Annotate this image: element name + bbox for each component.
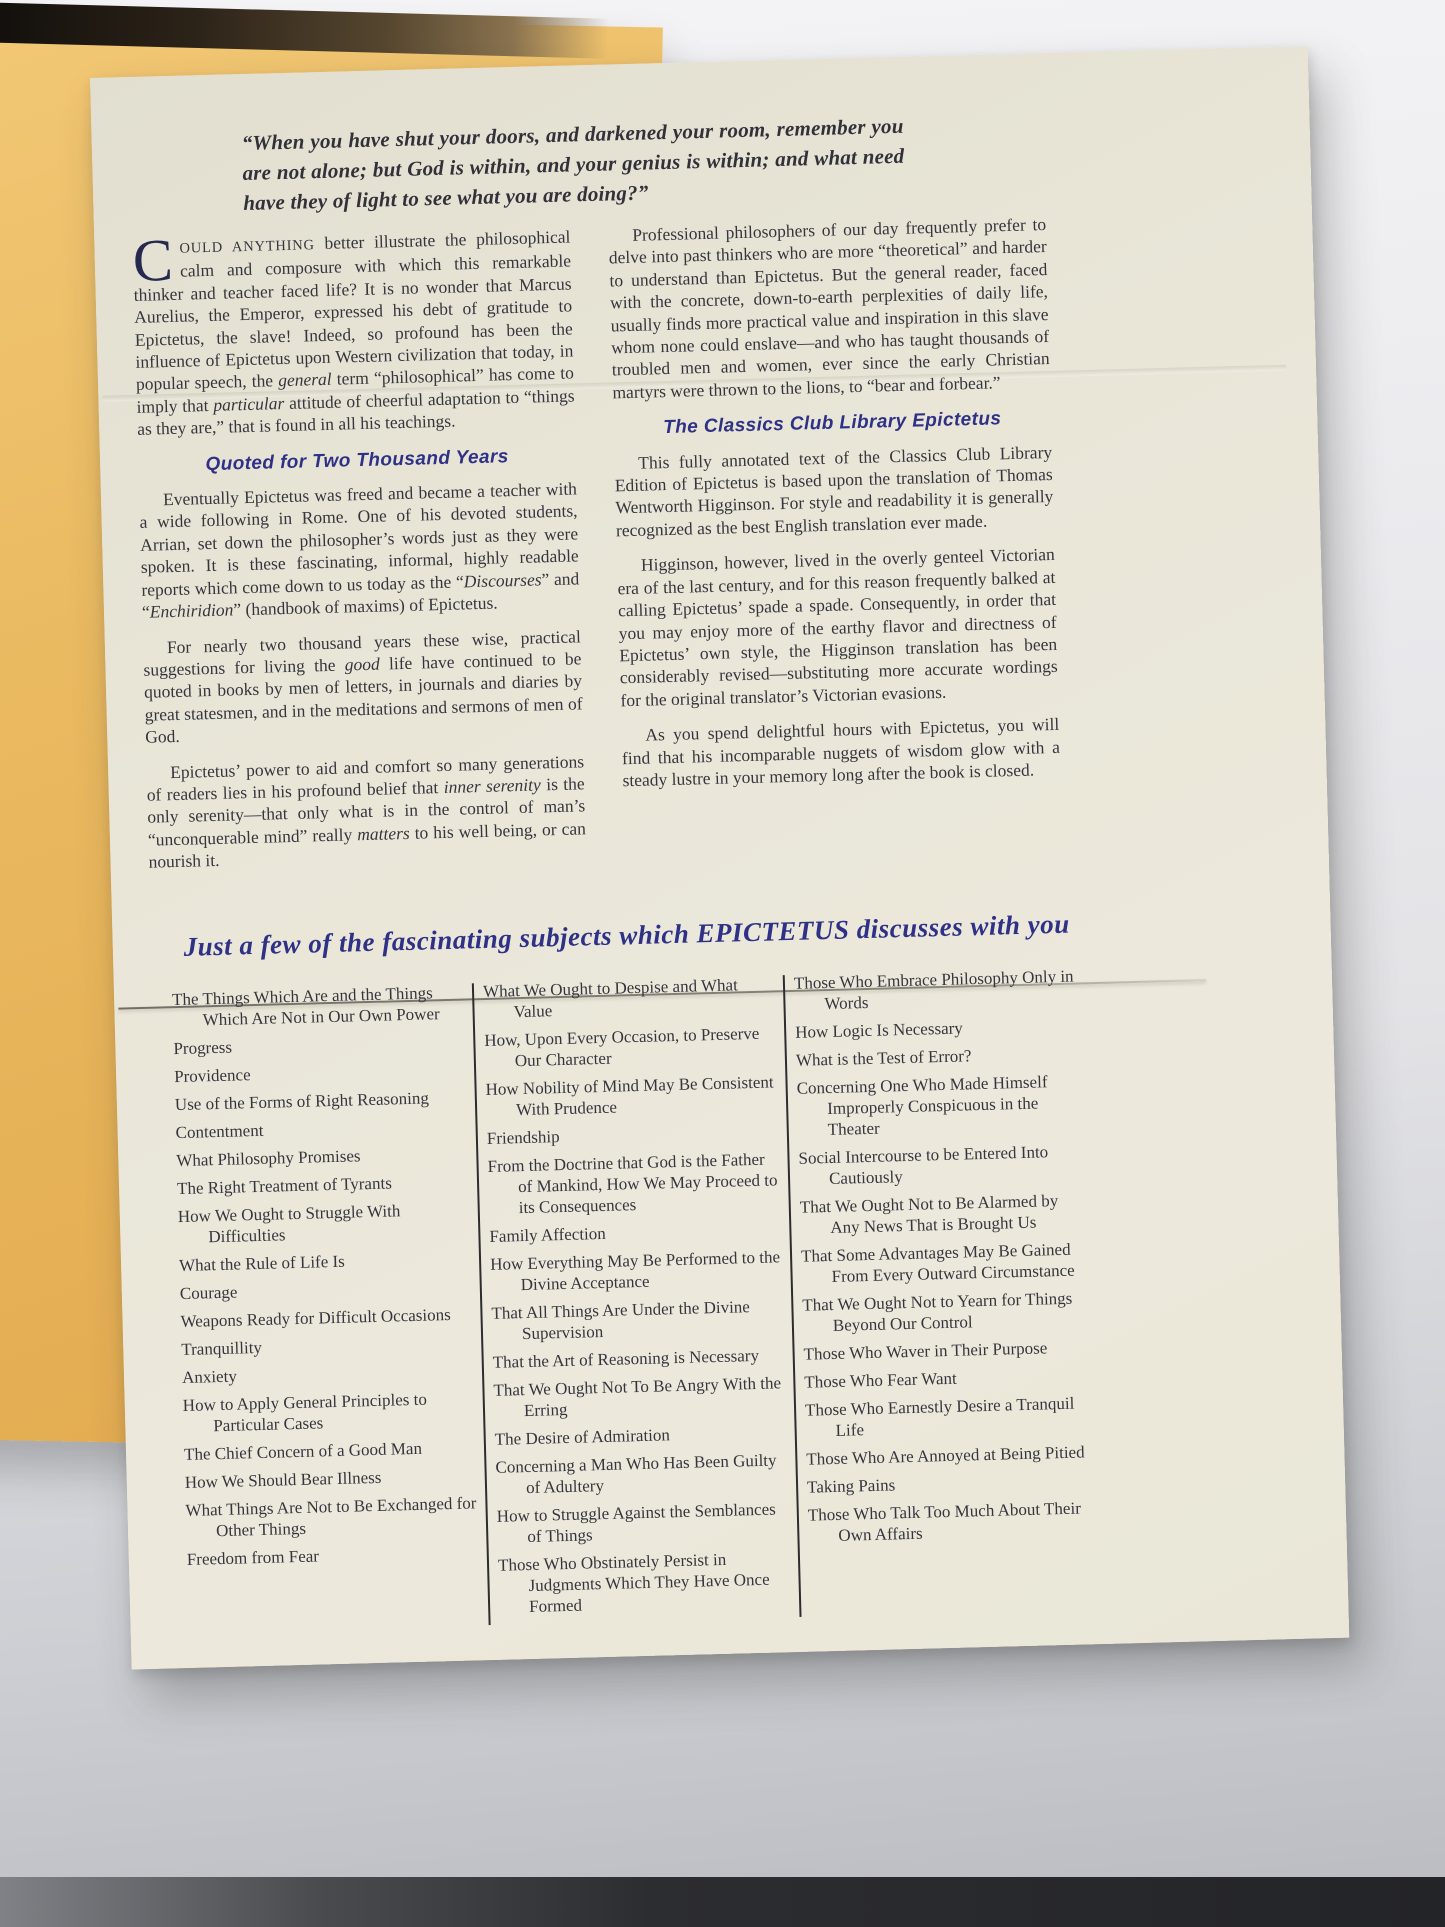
two-column-text: COULD ANYTHING better illustrate the phi…	[132, 212, 1101, 886]
intro-paragraph: COULD ANYTHING better illustrate the phi…	[132, 225, 575, 440]
subject-item: How Logic Is Necessary	[795, 1014, 1086, 1043]
subject-item: How to Apply General Principles to Parti…	[182, 1387, 474, 1437]
subject-item: Those Who Are Annoyed at Being Pitied	[806, 1441, 1097, 1470]
lead-smallcaps: OULD ANYTHING	[179, 237, 315, 257]
subject-item: How, Upon Every Occasion, to Preserve Ou…	[484, 1022, 776, 1072]
paragraph: This fully annotated text of the Classic…	[614, 441, 1054, 542]
subject-item: What is the Test of Error?	[796, 1042, 1087, 1071]
subject-item: Providence	[174, 1058, 465, 1087]
subjects-column-3: Those Who Embrace Philosophy Only in Wor…	[794, 965, 1102, 1616]
subject-item: Weapons Ready for Difficult Occasions	[180, 1303, 471, 1332]
paragraph: Eventually Epictetus was freed and becam…	[139, 477, 580, 623]
section-heading-classics-club: The Classics Club Library Epictetus	[613, 407, 1051, 441]
subject-item: What We Ought to Despise and What Value	[483, 973, 775, 1023]
subject-item: What Philosophy Promises	[176, 1142, 467, 1171]
subject-item: Taking Pains	[807, 1469, 1098, 1498]
subjects-heading: Just a few of the fascinating subjects w…	[150, 907, 1102, 963]
paragraph: For nearly two thousand years these wise…	[143, 625, 584, 748]
subject-item: Anxiety	[182, 1359, 473, 1388]
subject-item: How We Ought to Struggle With Difficulti…	[178, 1198, 470, 1248]
italic-text: Discourses	[463, 569, 541, 591]
subject-item: That We Ought Not to Yearn for Things Be…	[802, 1287, 1094, 1337]
italic-text: particular	[213, 393, 284, 415]
subject-item: Tranquillity	[181, 1331, 472, 1360]
subject-item: That We Ought Not to Be Alarmed by Any N…	[800, 1189, 1092, 1239]
subjects-column-2: What We Ought to Despise and What ValueH…	[483, 973, 791, 1624]
subject-item: Those Who Waver in Their Purpose	[803, 1336, 1094, 1365]
subject-item: That the Art of Reasoning is Necessary	[492, 1344, 783, 1373]
italic-text: matters	[357, 823, 410, 844]
subject-item: That We Ought Not To Be Angry With the E…	[493, 1372, 785, 1422]
jacket-paper: “When you have shut your doors, and dark…	[90, 46, 1349, 1669]
subject-item: Concerning One Who Made Himself Improper…	[796, 1070, 1089, 1141]
subject-item: Friendship	[487, 1120, 778, 1149]
italic-text: inner serenity	[443, 774, 541, 797]
section-heading-quoted: Quoted for Two Thousand Years	[138, 444, 576, 478]
subject-item: How to Struggle Against the Semblances o…	[497, 1498, 789, 1548]
subjects-column-1: The Things Which Are and the Things Whic…	[172, 981, 480, 1632]
subject-item: The Desire of Admiration	[494, 1421, 785, 1450]
subject-item: That Some Advantages May Be Gained From …	[801, 1238, 1093, 1288]
subject-item: Family Affection	[489, 1218, 780, 1247]
subject-item: The Chief Concern of a Good Man	[184, 1436, 475, 1465]
text: Professional philosophers of our day fre…	[609, 214, 1050, 402]
subject-item: That All Things Are Under the Divine Sup…	[491, 1295, 783, 1345]
paragraph: Professional philosophers of our day fre…	[608, 213, 1051, 404]
right-column: Professional philosophers of our day fre…	[608, 213, 1063, 874]
subject-item: Concerning a Man Who Has Been Guilty of …	[495, 1449, 787, 1499]
paragraph: Epictetus’ power to aid and comfort so m…	[146, 750, 587, 873]
subject-item: Use of the Forms of Right Reasoning	[175, 1086, 466, 1115]
subject-item: Those Who Earnestly Desire a Tranquil Li…	[805, 1392, 1097, 1442]
subject-item: Those Who Fear Want	[804, 1364, 1095, 1393]
subject-item: From the Doctrine that God is the Father…	[487, 1148, 780, 1219]
subject-item: Those Who Obstinately Persist in Judgmen…	[498, 1547, 791, 1618]
subject-item: Progress	[173, 1030, 464, 1059]
subject-item: The Right Treatment of Tyrants	[177, 1170, 468, 1199]
drop-cap: C	[132, 236, 180, 283]
text: This fully annotated text of the Classic…	[615, 442, 1054, 541]
subjects-lists: The Things Which Are and the Things Whic…	[152, 964, 1121, 1633]
subject-item: Those Who Talk Too Much About Their Own …	[808, 1497, 1100, 1547]
italic-text: Enchiridion	[150, 600, 234, 622]
subject-item: Courage	[180, 1275, 471, 1304]
left-column: COULD ANYTHING better illustrate the phi…	[132, 225, 587, 886]
subject-item: Social Intercourse to be Entered Into Ca…	[798, 1140, 1090, 1190]
text: Higginson, however, lived in the overly …	[617, 544, 1058, 710]
text: As you spend delightful hours with Epict…	[622, 714, 1060, 790]
table-edge	[0, 1877, 1445, 1927]
subject-item: How We Should Bear Illness	[185, 1464, 476, 1493]
subject-item: How Everything May Be Performed to the D…	[490, 1246, 782, 1296]
opening-quote: “When you have shut your doors, and dark…	[241, 111, 905, 218]
italic-text: general	[278, 369, 332, 390]
text: ” (handbook of maxims) of Epictetus.	[233, 593, 498, 620]
subject-item: Those Who Embrace Philosophy Only in Wor…	[794, 965, 1086, 1015]
subject-item: Contentment	[175, 1114, 466, 1143]
subject-item: What the Rule of Life Is	[179, 1247, 470, 1276]
subject-item: How Nobility of Mind May Be Consistent W…	[485, 1071, 777, 1121]
paragraph: Higginson, however, lived in the overly …	[617, 543, 1059, 711]
subject-item: What Things Are Not to Be Exchanged for …	[185, 1492, 477, 1542]
subject-item: Freedom from Fear	[187, 1541, 478, 1570]
intro-paragraph-text: better illustrate the philosophical calm…	[133, 226, 574, 439]
jacket-content: “When you have shut your doors, and dark…	[129, 106, 1120, 1633]
italic-text: good	[344, 654, 380, 675]
paragraph: As you spend delightful hours with Epict…	[621, 713, 1061, 792]
subject-item: The Things Which Are and the Things Whic…	[172, 981, 464, 1031]
